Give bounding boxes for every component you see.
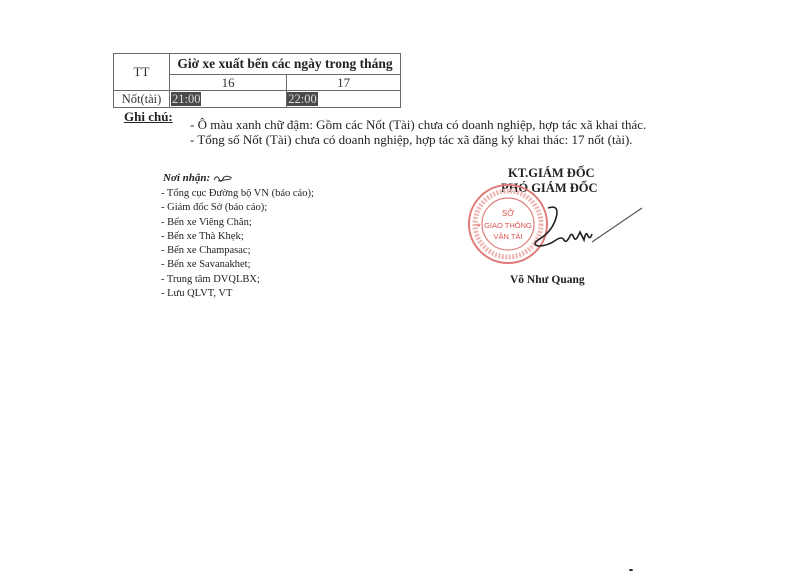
note-item: - Tổng số Nốt (Tài) chưa có doanh nghiệp…	[190, 132, 633, 148]
scan-speck	[629, 569, 633, 571]
highlighted-time: 22:00	[287, 92, 317, 106]
recipient-item: - Trung tâm DVQLBX;	[161, 273, 314, 287]
day-cell: 17	[287, 75, 401, 91]
signer-name: Võ Như Quang	[510, 274, 585, 286]
col-tt-header: TT	[114, 54, 170, 91]
signature-icon	[530, 200, 645, 255]
recipient-item: - Bến xe Savanakhet;	[161, 258, 314, 272]
signer-title: KT.GIÁM ĐỐC	[508, 166, 595, 181]
time-cell: 22:00	[287, 91, 401, 108]
recipient-item: - Tổng cục Đường bộ VN (báo cáo);	[161, 187, 314, 201]
svg-text:SỞ: SỞ	[502, 209, 514, 218]
departure-schedule-table: TT Giờ xe xuất bến các ngày trong tháng …	[113, 53, 401, 108]
recipient-item: - Giám đốc Sở (báo cáo);	[161, 201, 314, 215]
svg-text:★: ★	[476, 222, 481, 229]
svg-text:VẬN TẢI: VẬN TẢI	[493, 232, 522, 241]
time-cell: 21:00	[170, 91, 287, 108]
row-label: Nốt(tài)	[114, 91, 170, 108]
initial-mark-icon	[213, 174, 233, 182]
day-cell: 16	[170, 75, 287, 91]
note-item: - Ô màu xanh chữ đậm: Gồm các Nốt (Tài) …	[190, 117, 646, 133]
recipient-item: - Bến xe Thà Khẹk;	[161, 230, 314, 244]
recipient-item: - Bến xe Champasac;	[161, 244, 314, 258]
recipients-list: - Tổng cục Đường bộ VN (báo cáo); - Giám…	[161, 187, 314, 301]
highlighted-time: 21:00	[171, 92, 201, 106]
notes-title: Ghi chú:	[124, 109, 173, 125]
recipient-item: - Lưu QLVT, VT	[161, 287, 314, 301]
schedule-header: Giờ xe xuất bến các ngày trong tháng	[170, 54, 401, 75]
recipients-title: Nơi nhận:	[163, 172, 233, 184]
recipients-title-text: Nơi nhận:	[163, 172, 210, 184]
svg-text:GIAO THÔNG: GIAO THÔNG	[484, 221, 532, 230]
recipient-item: - Bến xe Viêng Chăn;	[161, 216, 314, 230]
